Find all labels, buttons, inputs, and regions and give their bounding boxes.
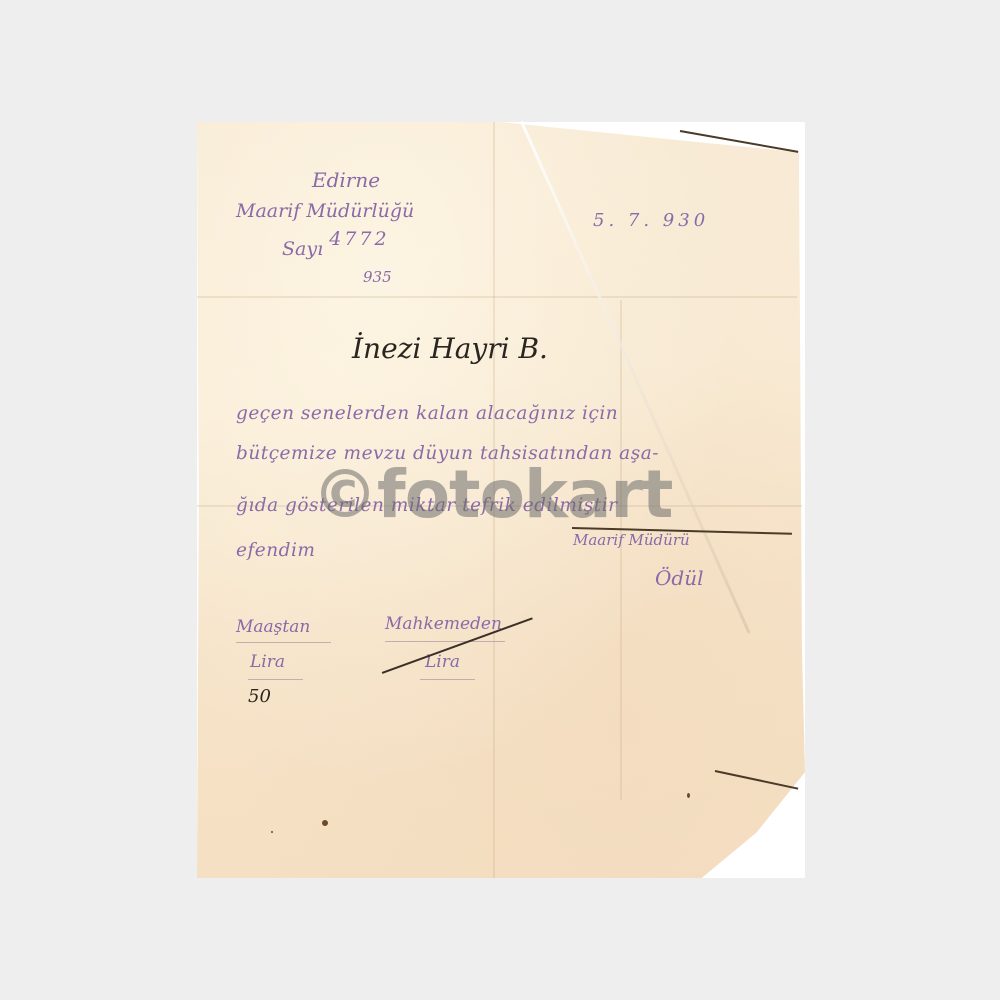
header-sub-number: 935 — [363, 268, 392, 286]
column-rule — [248, 679, 303, 680]
signature-title: Maarif Müdürü — [573, 531, 690, 549]
column-rule — [236, 642, 331, 643]
column-header-salary: Maaştan — [236, 617, 310, 637]
letter-date: 5. 7. 930 — [593, 210, 709, 231]
addressee: İnezi Hayri B. — [352, 332, 548, 365]
body-line: geçen senelerden kalan alacağınız için — [236, 403, 618, 424]
header-number: Sayı 4772 — [282, 238, 390, 260]
column-rule — [385, 641, 505, 642]
watermark: ©fotokart — [312, 462, 672, 528]
column-unit-salary: Lira — [250, 652, 285, 672]
column-rule — [420, 679, 475, 680]
paper-stain — [687, 793, 690, 798]
paper-stain — [271, 831, 273, 833]
paper-stain — [322, 820, 328, 826]
header-city: Edirne — [312, 168, 380, 192]
signature: Ödül — [655, 566, 703, 590]
number-label: Sayı — [282, 238, 323, 260]
number-value: 4772 — [329, 228, 389, 250]
body-line: efendim — [236, 540, 315, 561]
column-header-court: Mahkemeden — [385, 614, 502, 634]
amount-value: 50 — [248, 686, 271, 707]
header-department: Maarif Müdürlüğü — [236, 200, 414, 222]
